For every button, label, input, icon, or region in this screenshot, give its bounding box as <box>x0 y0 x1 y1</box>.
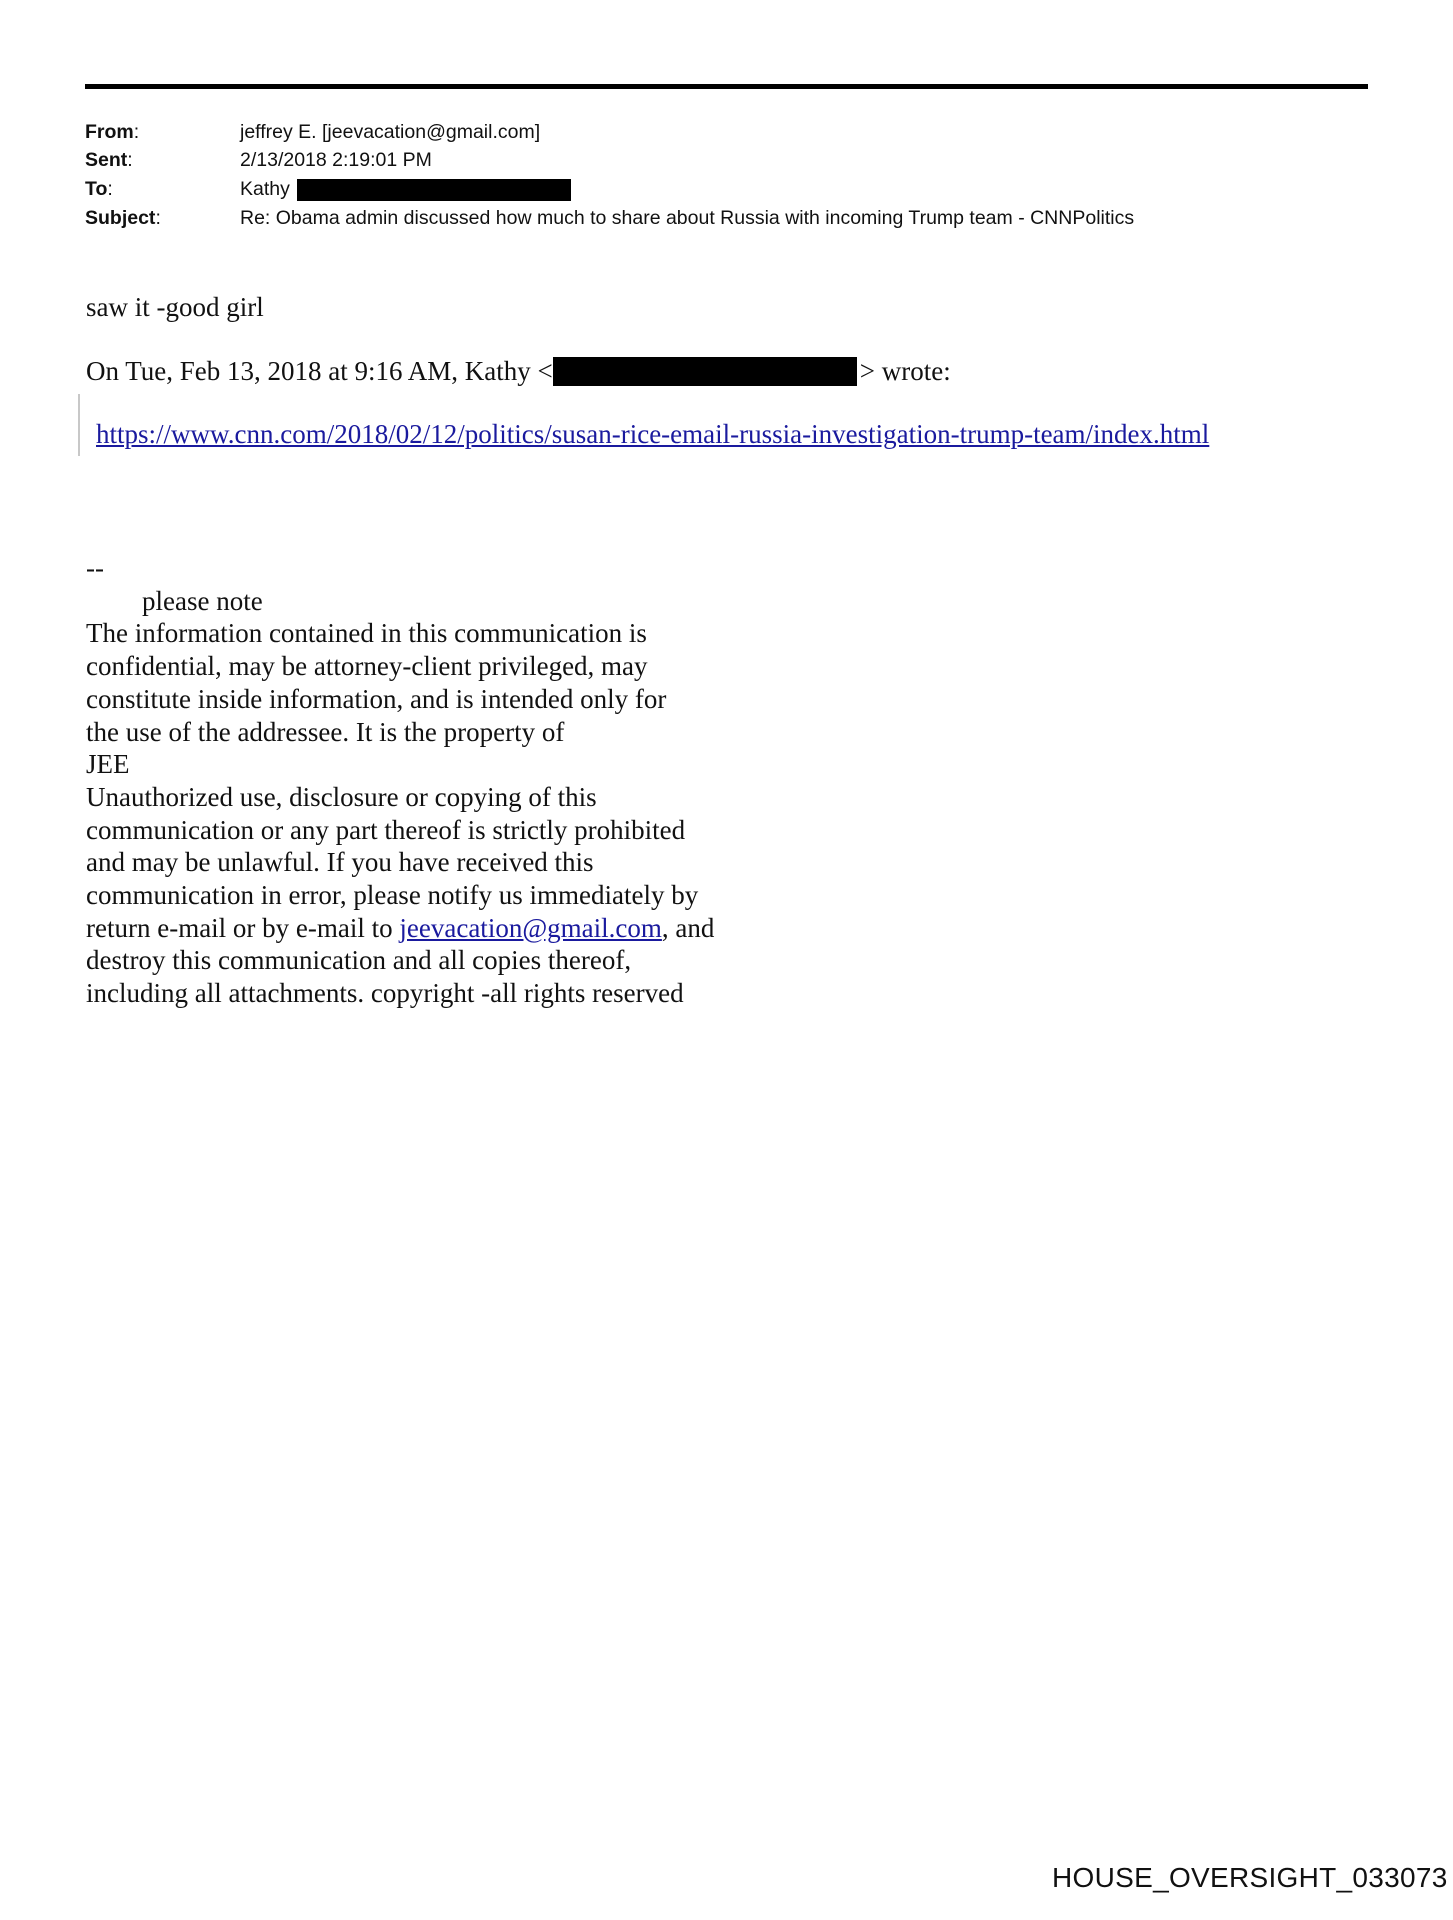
disclaimer-line: The information contained in this commun… <box>86 617 714 650</box>
disclaimer-line: including all attachments. copyright -al… <box>86 977 714 1010</box>
to-value: Kathy <box>240 177 571 201</box>
subject-value: Re: Obama admin discussed how much to sh… <box>240 206 1134 230</box>
quote-intro-prefix: On Tue, Feb 13, 2018 at 9:16 AM, Kathy < <box>86 356 553 386</box>
from-label: From: <box>85 120 139 144</box>
disclaimer-line: constitute inside information, and is in… <box>86 683 714 716</box>
disclaimer-line: communication in error, please notify us… <box>86 879 714 912</box>
sent-label: Sent: <box>85 148 133 172</box>
subject-label: Subject: <box>85 206 161 230</box>
bates-number: HOUSE_OVERSIGHT_033073 <box>1052 1862 1448 1894</box>
disclaimer-line: JEE <box>86 748 714 781</box>
disclaimer-email-link[interactable]: jeevacation@gmail.com <box>399 913 662 943</box>
signature-separator: -- <box>86 552 714 585</box>
disclaimer-line: confidential, may be attorney-client pri… <box>86 650 714 683</box>
email-line-suffix: , and <box>662 913 714 943</box>
quote-intro-suffix: > wrote: <box>860 356 951 386</box>
disclaimer-line: Unauthorized use, disclosure or copying … <box>86 781 714 814</box>
disclaimer-line: the use of the addressee. It is the prop… <box>86 716 714 749</box>
redaction-block <box>553 357 857 386</box>
quote-intro: On Tue, Feb 13, 2018 at 9:16 AM, Kathy <… <box>86 356 951 387</box>
email-line-prefix: return e-mail or by e-mail to <box>86 913 399 943</box>
quoted-article-link[interactable]: https://www.cnn.com/2018/02/12/politics/… <box>96 419 1209 450</box>
disclaimer-line: and may be unlawful. If you have receive… <box>86 846 714 879</box>
quote-bar <box>78 394 80 456</box>
disclaimer-line: destroy this communication and all copie… <box>86 944 714 977</box>
sent-value: 2/13/2018 2:19:01 PM <box>240 148 432 172</box>
to-label: To: <box>85 177 113 201</box>
disclaimer-line: communication or any part thereof is str… <box>86 814 714 847</box>
disclaimer-email-line: return e-mail or by e-mail to jeevacatio… <box>86 912 714 945</box>
to-name: Kathy <box>240 178 290 200</box>
signature-note: please note <box>86 585 714 618</box>
redaction-block <box>297 179 571 201</box>
signature-block: -- please note The information contained… <box>86 552 714 1010</box>
reply-text: saw it -good girl <box>86 292 264 323</box>
from-value: jeffrey E. [jeevacation@gmail.com] <box>240 120 540 144</box>
header-rule <box>85 84 1368 89</box>
